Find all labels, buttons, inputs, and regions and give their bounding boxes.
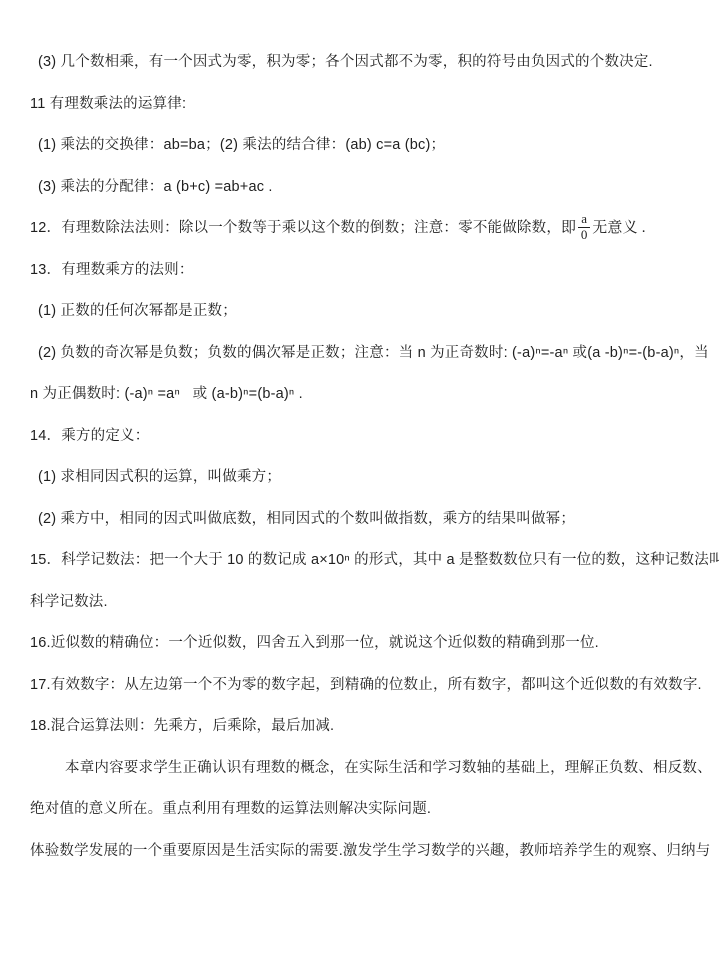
rule12-text: 12．有理数除法法则：除以一个数等于乘以这个数的倒数；注意：零不能做除数， [30, 220, 561, 236]
rule12-ji: 即 [561, 220, 576, 236]
text-line-rule12-division: 12．有理数除法法则：除以一个数等于乘以这个数的倒数；注意：零不能做除数，即a0… [30, 208, 705, 250]
text-line-rule14-item1: (1) 求相同因式积的运算，叫做乘方； [30, 457, 705, 499]
text-line-rule15-cont: 科学记数法. [30, 582, 705, 624]
fraction-denominator: 0 [581, 228, 588, 243]
text-line-rule10-item3: (3) 几个数相乘，有一个因式为零，积为零；各个因式都不为零，积的符号由负因式的… [30, 42, 705, 84]
text-line-rule17: 17.有效数字：从左边第一个不为零的数字起，到精确的位数止，所有数字，都叫这个近… [30, 665, 705, 707]
text-line-rule11-item3: (3) 乘法的分配律：a (b+c) =ab+ac . [30, 167, 705, 209]
document-page: (3) 几个数相乘，有一个因式为零，积为零；各个因式都不为零，积的符号由负因式的… [0, 0, 719, 972]
text-line-rule13-item1: (1) 正数的任何次幂都是正数； [30, 291, 705, 333]
fraction-a-over-0: a0 [578, 212, 590, 243]
rule12-meaningless: 无意义 . [592, 220, 646, 236]
text-line-summary-3: 体验数学发展的一个重要原因是生活实际的需要.激发学生学习数学的兴趣，教师培养学生… [30, 831, 705, 873]
text-line-rule16: 16.近似数的精确位：一个近似数，四舍五入到那一位，就说这个近似数的精确到那一位… [30, 623, 705, 665]
text-line-summary-2: 绝对值的意义所在。重点利用有理数的运算法则解决实际问题. [30, 789, 705, 831]
text-line-rule13-title: 13．有理数乘方的法则： [30, 250, 705, 292]
fraction-numerator: a [578, 212, 590, 228]
text-line-rule11-item1-2: (1) 乘法的交换律：ab=ba；(2) 乘法的结合律：(ab) c=a (bc… [30, 125, 705, 167]
document-content: (3) 几个数相乘，有一个因式为零，积为零；各个因式都不为零，积的符号由负因式的… [0, 0, 719, 872]
text-line-rule15: 15．科学记数法：把一个大于 10 的数记成 a×10ⁿ 的形式，其中 a 是整… [30, 540, 705, 582]
text-line-rule18: 18.混合运算法则：先乘方，后乘除，最后加减. [30, 706, 705, 748]
text-line-rule14-item2: (2) 乘方中，相同的因式叫做底数，相同因式的个数叫做指数，乘方的结果叫做幂； [30, 499, 705, 541]
text-line-rule13-item2-cont: n 为正偶数时: (-a)ⁿ =aⁿ 或 (a-b)ⁿ=(b-a)ⁿ . [30, 374, 705, 416]
text-line-summary-1: 本章内容要求学生正确认识有理数的概念，在实际生活和学习数轴的基础上，理解正负数、… [30, 748, 705, 790]
text-line-rule13-item2: (2) 负数的奇次幂是负数；负数的偶次幂是正数；注意：当 n 为正奇数时: (-… [30, 333, 705, 375]
text-line-rule11-title: 11 有理数乘法的运算律: [30, 84, 705, 126]
text-line-rule14-title: 14．乘方的定义： [30, 416, 705, 458]
